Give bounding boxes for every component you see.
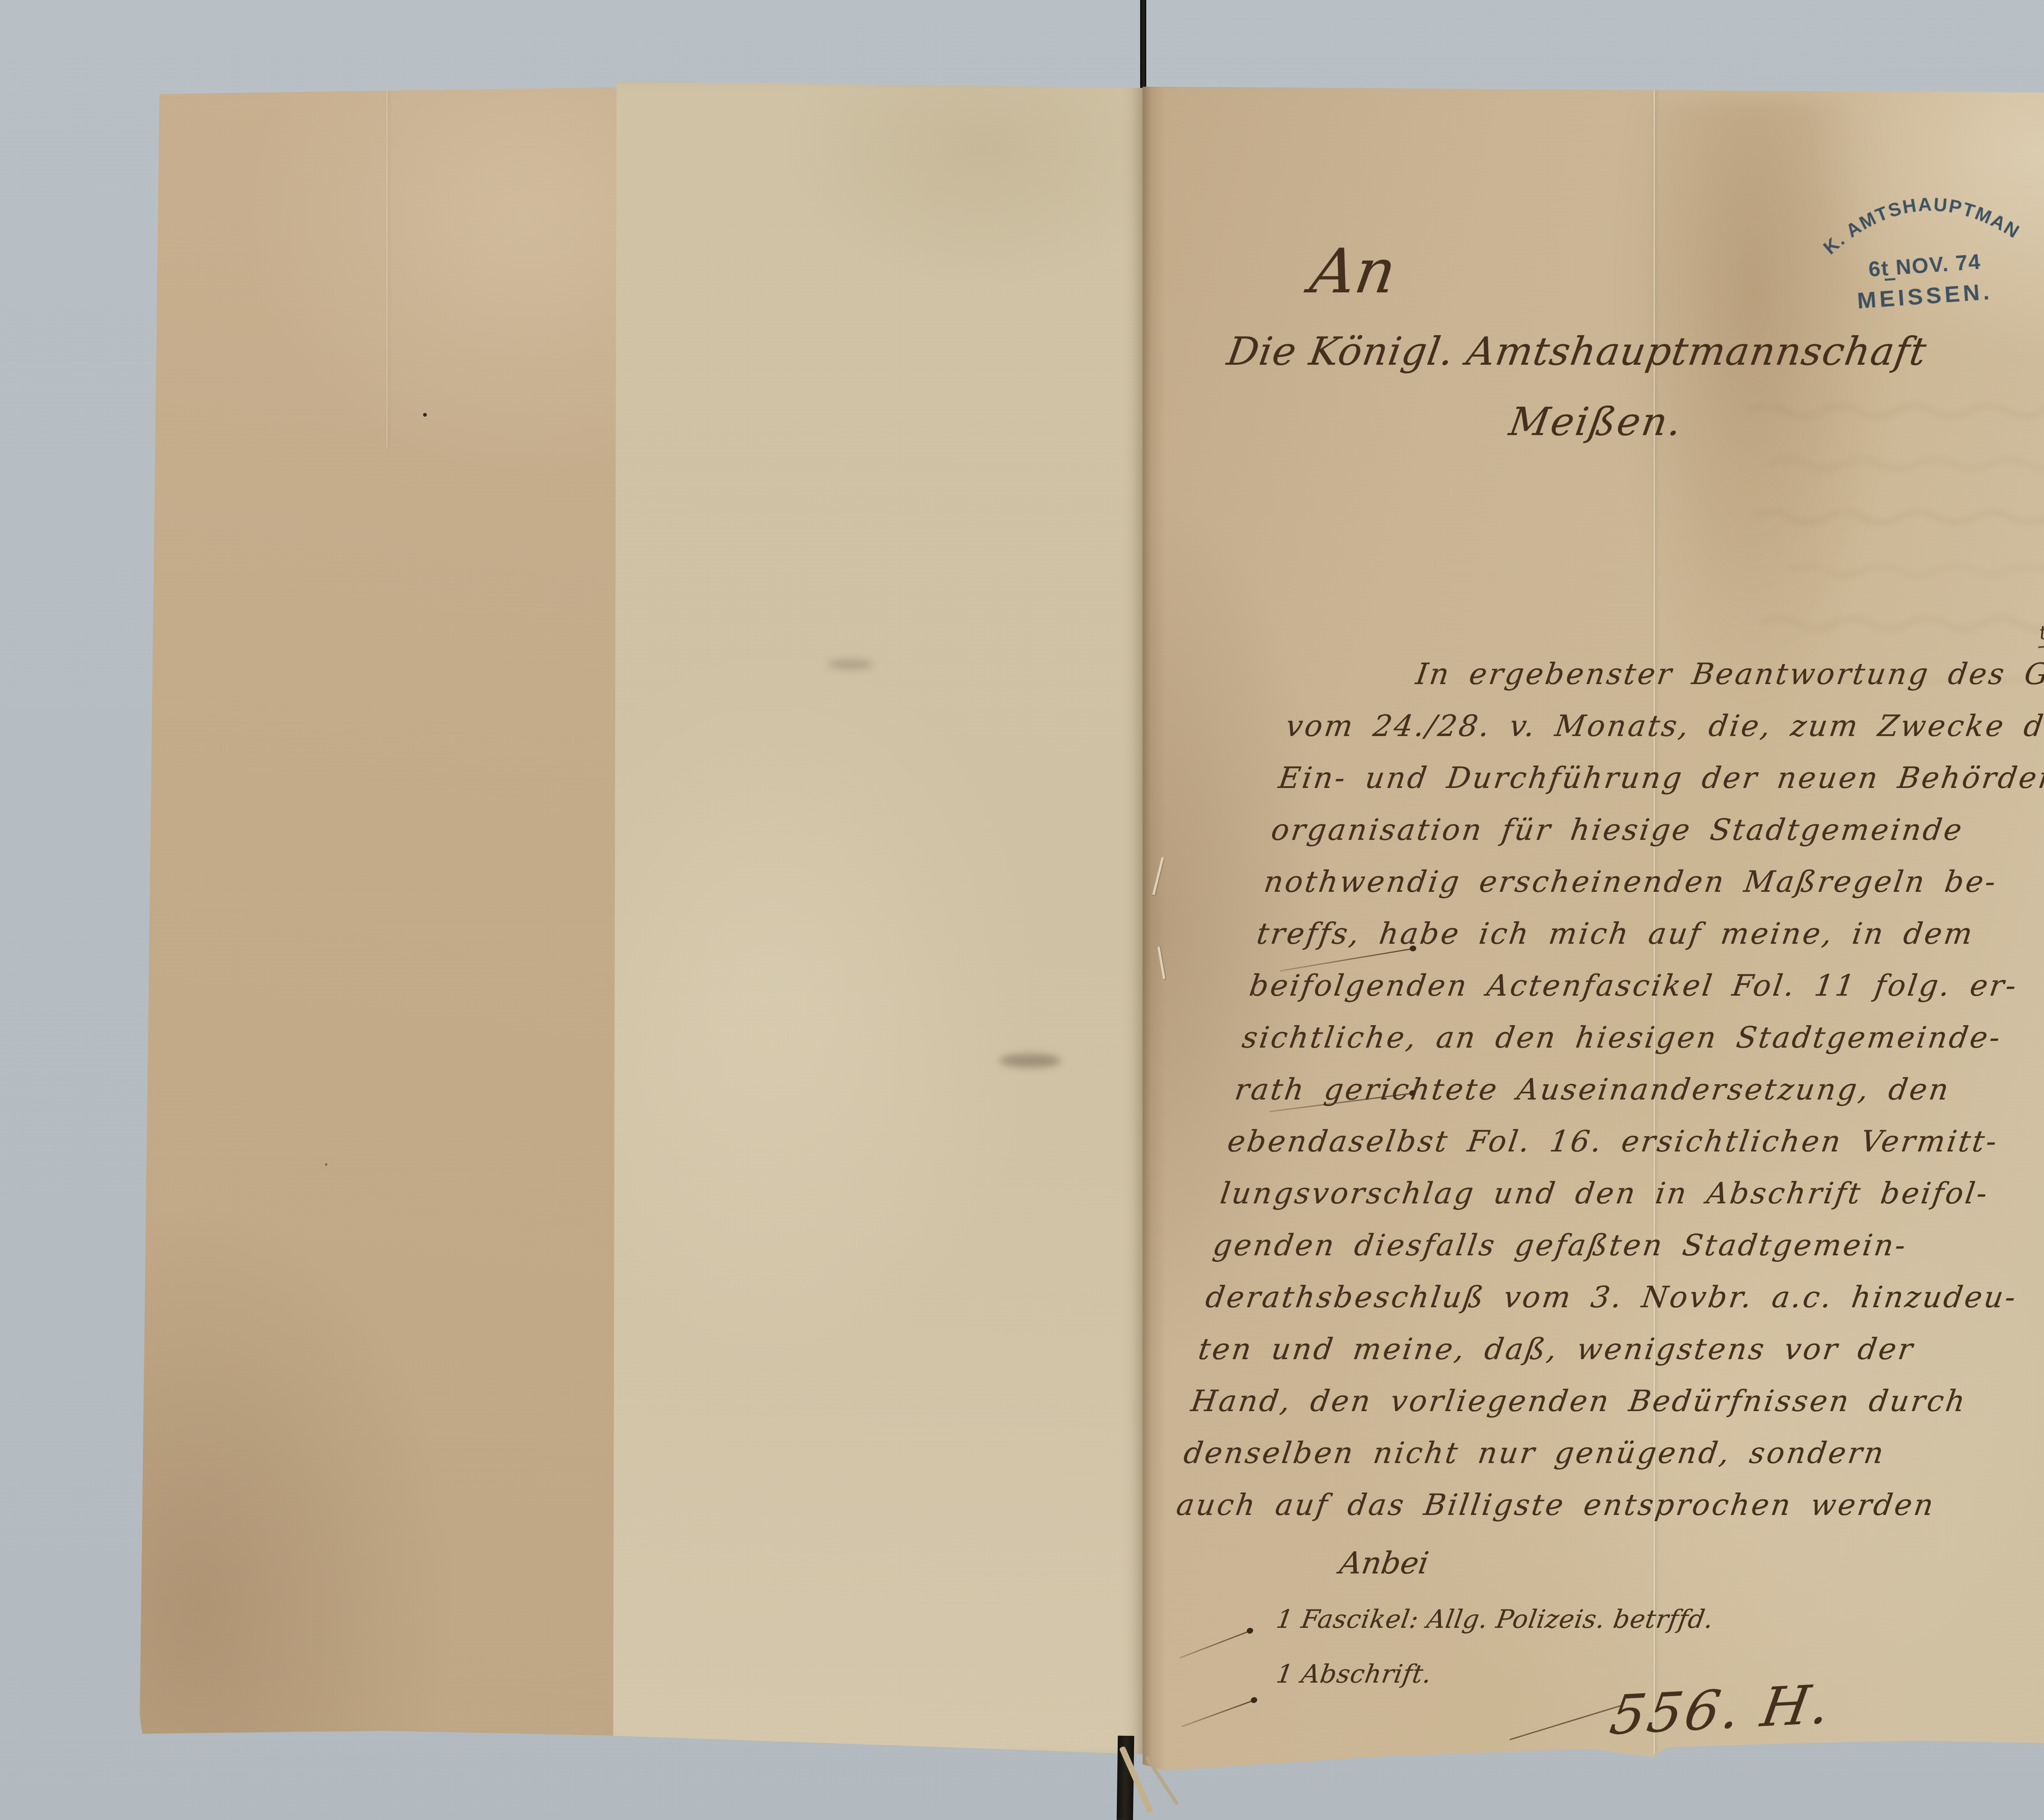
enclosure-item: 1 Fascikel: Allg. Polizeis. betrffd. [1274,1604,1716,1634]
left-page [139,84,623,1738]
body-line: derathsbeschluß vom 3. Novbr. a.c. hinzu… [1202,1271,2044,1323]
body-line: vom 24./28. v. Monats, die, zum Zwecke d… [1282,700,2044,752]
body-line: rath gerichtete Auseinandersetzung, den [1231,1064,2044,1115]
body-line: treffs, habe ich mich auf meine, in dem [1253,908,2044,960]
ink-speck [325,1163,327,1166]
body-line: ten und meine, daß, wenigstens vor der [1195,1323,2044,1375]
address-line: Meißen. [1506,399,1686,444]
body-line: genden diesfalls gefaßten Stadtgemein- [1210,1219,2044,1271]
stamp-arc-text: K. AMTSHAUPTMANNSCHAFT [1811,154,2025,260]
body-line: beifolgenden Actenfascikel Fol. 11 folg.… [1246,960,2044,1012]
body-line: sichtliche, an den hiesigen Stadtgemeind… [1239,1012,2044,1064]
address-salutation: An [1306,236,1401,307]
body-line: Hand, den vorliegenden Bedürfnissen durc… [1188,1375,2040,1427]
fold-crease [386,88,388,448]
stamp-place-text: MEISSEN. [1856,278,1993,313]
office-receipt-stamp: K. AMTSHAUPTMANNSCHAFT 6t NOV. 74 MEISSE… [1811,154,2034,316]
body-line: nothwendig erscheinenden Maßregeln be- [1261,856,2044,908]
body-line: Ein- und Durchführung der neuen Behörden… [1275,752,2044,804]
body-line: lungsvorschlag und den in Abschrift beif… [1217,1167,2044,1219]
binding-cord [1140,0,1146,90]
paper-smudge [828,659,873,670]
registry-number: 556. H. [1606,1673,1837,1747]
ink-speck [423,413,427,417]
letter-page: K. AMTSHAUPTMANNSCHAFT 6t NOV. 74 MEISSE… [1140,84,2044,1775]
body-line: ebendaselbst Fol. 16. ersichtlichen Verm… [1224,1115,2044,1167]
body-line: auch auf das Billigste entsprochen werde… [1173,1479,2025,1531]
svg-text:K. AMTSHAUPTMANNSCHAFT: K. AMTSHAUPTMANNSCHAFT [1811,154,2025,260]
center-sheet [611,79,1143,1758]
letter-body: In ergebenster Beantwortung des Geehr- v… [1173,648,2044,1531]
body-line: organisation für hiesige Stadtgemeinde [1268,804,2044,856]
frayed-binding-edge [1140,84,1166,1775]
address-line: Die Königl. Amtshauptmannschaft [1224,329,1930,374]
stamp-date-text: 6t NOV. 74 [1868,250,1982,281]
paper-smudge [1000,1054,1061,1068]
enclosure-item: 1 Abschrift. [1274,1659,1434,1689]
archival-document-scan: K. AMTSHAUPTMANNSCHAFT 6t NOV. 74 MEISSE… [0,0,2044,1820]
enclosures-heading: Anbei [1337,1546,1431,1581]
body-line: denselben nicht nur genügend, sondern [1180,1427,2032,1479]
margin-tick-mark [1179,1630,1251,1658]
margin-tick-mark [1181,1699,1255,1727]
paraph-flourish [1510,1704,1623,1740]
body-line: In ergebenster Beantwortung des Geehr- [1290,648,2044,700]
